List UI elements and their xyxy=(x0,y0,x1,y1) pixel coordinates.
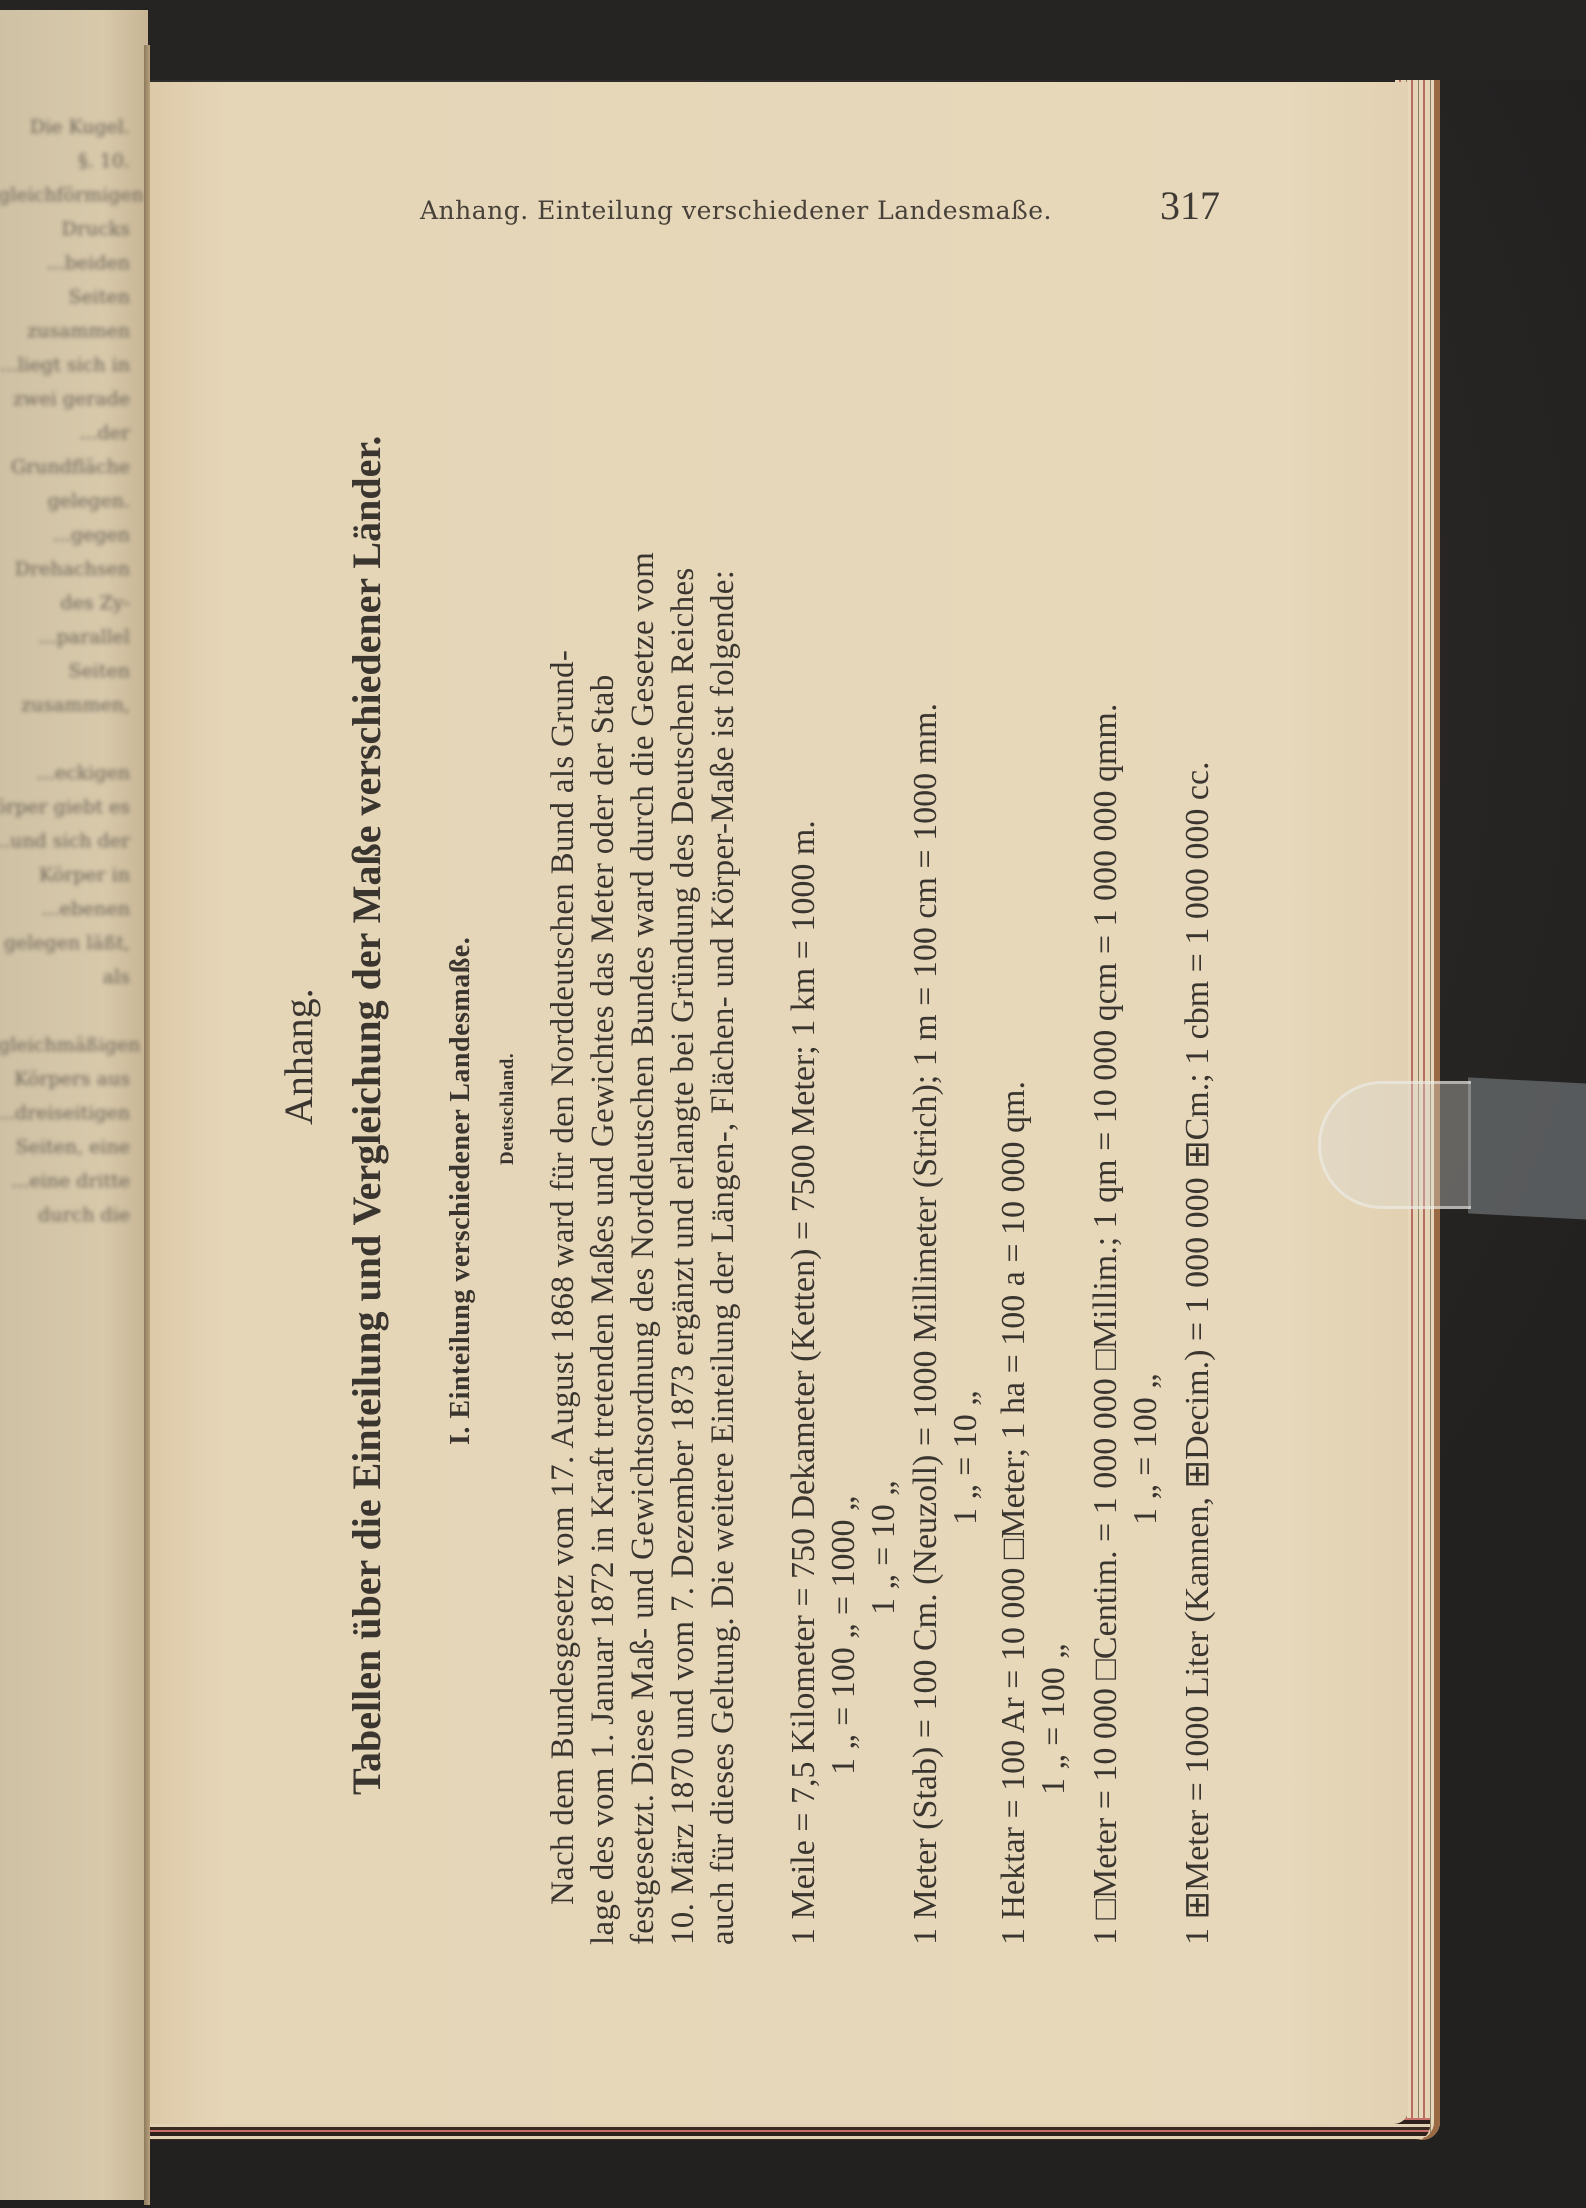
table-subrow: 1 „ = 10 „ xyxy=(947,1391,985,1525)
running-title: Anhang. Einteilung verschiedener Landesm… xyxy=(420,196,1052,225)
table-row-quadratmeter: 1 □Meter = 10 000 □Centim. = 1 000 000 □… xyxy=(1087,704,1125,1945)
left-page-line xyxy=(0,994,130,1028)
left-page-line: ...liegt sich in zwei gerade xyxy=(0,348,130,416)
table-subrow: 1 „ = 100 „ xyxy=(1127,1374,1165,1525)
running-header: Anhang. Einteilung verschiedener Landesm… xyxy=(420,182,1220,222)
left-page-line: ...der Grundfläche gelegen. xyxy=(0,416,130,518)
left-page-line: ...gleichförmigen Drucks xyxy=(0,178,130,246)
main-title: Tabellen über die Einteilung und Verglei… xyxy=(343,436,390,1795)
left-page-line: ...gegen Drehachsen des Zy- xyxy=(0,518,130,620)
left-page-line: ...ebenen gelegen läßt, als xyxy=(0,892,130,994)
table-row-meter: 1 Meter (Stab) = 100 Cm. (Neuzoll) = 100… xyxy=(907,703,945,1945)
left-page-line: ...gleichmäßigen Körpers aus xyxy=(0,1028,130,1096)
rotated-content: Anhang. Tabellen über die Einteilung und… xyxy=(265,225,1225,1945)
left-page-line: ...parallel Seiten zusammen, xyxy=(0,620,130,722)
paragraph-line: Nach dem Bundesgesetz vom 17. August 186… xyxy=(545,650,582,1905)
page-holder-clip xyxy=(1318,1077,1586,1209)
left-page-line xyxy=(0,722,130,756)
paragraph-line: 10. März 1870 und vom 7. Dezember 1873 e… xyxy=(665,568,702,1945)
paragraph-line: auch für dieses Geltung. Die weitere Ein… xyxy=(705,570,742,1945)
paragraph-line: festgesetzt. Diese Maß- und Gewichtsordn… xyxy=(625,552,662,1945)
table-row-hektar: 1 Hektar = 100 Ar = 10 000 □Meter; 1 ha … xyxy=(995,1081,1033,1945)
left-page-line: ...beiden Seiten zusammen xyxy=(0,246,130,348)
background-top xyxy=(0,0,1586,80)
paragraph-line: lage des vom 1. Januar 1872 in Kraft tre… xyxy=(585,674,622,1945)
left-page-line: §. 10. xyxy=(0,144,130,178)
table-subrow: 1 „ = 10 „ xyxy=(865,1481,903,1615)
left-page: Die Kugel. §. 10. ...gleichförmigen Druc… xyxy=(0,10,148,2200)
subsection-title: Deutschland. xyxy=(497,1053,519,1165)
table-row-kubikmeter: 1 ⊞Meter = 1000 Liter (Kannen, ⊞Decim.) … xyxy=(1177,761,1217,1945)
left-page-line: ...eckigen Körper giebt es xyxy=(0,756,130,824)
left-page-line: ...dreiseitigen Seiten, eine xyxy=(0,1096,130,1164)
table-subrow: 1 „ = 100 „ xyxy=(1035,1644,1073,1795)
clip-blade xyxy=(1468,1077,1586,1220)
left-page-line: Die Kugel. xyxy=(0,110,130,144)
left-page-line: ...und sich der Körper in xyxy=(0,824,130,892)
page-number: 317 xyxy=(1160,182,1220,229)
left-page-line: ...eine dritte durch die xyxy=(0,1164,130,1232)
table-row-meile: 1 Meile = 7,5 Kilometer = 750 Dekameter … xyxy=(785,820,823,1945)
table-subrow: 1 „ = 100 „ = 1000 „ xyxy=(825,1496,863,1775)
section-title: I. Einteilung verschiedener Landesmaße. xyxy=(445,937,477,1445)
appendix-title: Anhang. xyxy=(275,988,322,1125)
left-page-text: Die Kugel. §. 10. ...gleichförmigen Druc… xyxy=(0,110,130,1232)
clip-head xyxy=(1318,1081,1471,1209)
